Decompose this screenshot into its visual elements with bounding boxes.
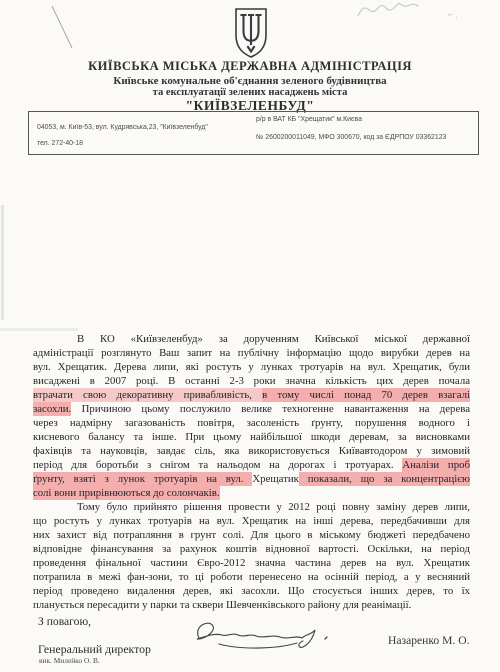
- ukraine-trident-icon: [233, 7, 269, 59]
- body-line: солі вони прирівнюються до солончаків.: [33, 486, 470, 500]
- plain-text: через надмірну загазованість повітря, за…: [33, 417, 470, 429]
- plain-text: відповідне фінансування за рахунок кошті…: [33, 543, 470, 555]
- plain-text: В КО «Київзеленбуд» за дорученням Київсь…: [77, 333, 470, 345]
- letterhead-box: 04053, м. Київ-53, вул. Кудрявська,23, "…: [28, 111, 479, 155]
- plain-text: кисневого балансу та інше. При цьому най…: [33, 431, 470, 443]
- plain-text: що ростуть у лунках тротуарів на вул. Хр…: [33, 515, 470, 527]
- body-line: ґрунту, взяті з лунок тротуарів на вул. …: [33, 472, 470, 486]
- plain-text: адміністрації розглянуто Ваш запит на пу…: [33, 347, 470, 359]
- scanned-letter-page: КИЇВСЬКА МІСЬКА ДЕРЖАВНА АДМІНІСТРАЦІЯ К…: [0, 0, 500, 672]
- body-line: проведення фінальної частини Євро-2012 з…: [33, 556, 470, 570]
- org-name-line3: та експлуатації зелених насаджень міста: [0, 87, 500, 98]
- scan-edge-streak: [1, 205, 4, 320]
- scan-crease-line: [48, 4, 78, 52]
- org-phone: тел. 272-40-18: [37, 140, 83, 147]
- plain-text: період для боротьби з снігом та нальодом…: [33, 459, 402, 471]
- plain-text: висаджені в 2007 році. В останні 2-3 рок…: [33, 375, 470, 387]
- plain-text: Причиною цьому послужило велике техноген…: [71, 403, 470, 415]
- bank-codes-line: № 2600200011049, МФО 300670, код за ЄДРП…: [256, 134, 446, 141]
- body-text: В КО «Київзеленбуд» за дорученням Київсь…: [33, 332, 470, 612]
- body-line: адміністрації розглянуто Ваш запит на пу…: [33, 346, 470, 360]
- signature-icon: [185, 616, 335, 658]
- body-line: відповідне фінансування за рахунок кошті…: [33, 542, 470, 556]
- org-address: 04053, м. Київ-53, вул. Кудрявська,23, "…: [37, 124, 208, 131]
- scan-smudge: [0, 328, 78, 331]
- plain-text: період проведено видалення дерев, які за…: [33, 585, 470, 597]
- org-name-line1: КИЇВСЬКА МІСЬКА ДЕРЖАВНА АДМІНІСТРАЦІЯ: [0, 59, 500, 74]
- body-line: що ростуть у лунках тротуарів на вул. Хр…: [33, 514, 470, 528]
- signer-title: Генеральний директор: [38, 642, 151, 657]
- highlighted-text: втрачати свою декоративну привабливість,: [33, 389, 262, 401]
- signer-name: Назаренко М. О.: [388, 634, 470, 647]
- body-line: вул. Хрещатик. Дерева липи, які ростуть …: [33, 360, 470, 374]
- highlighted-text: солі вони прирівнюються до солончаків.: [33, 487, 220, 499]
- bank-account-line: р/р в ВАТ КБ "Хрещатик" м.Києва: [256, 116, 362, 123]
- highlighted-text: показали, що за концентрацією: [299, 473, 470, 485]
- executor-note: вик. Милейко О. В.: [39, 656, 100, 665]
- org-name-line2: Київське комунальне об'єднання зеленого …: [0, 75, 500, 87]
- body-line: втрачати свою декоративну привабливість,…: [33, 388, 470, 402]
- body-line: них захист від потрапляння в грунт солі.…: [33, 528, 470, 542]
- plain-text: планується пересадити у парки та сквери …: [33, 599, 411, 611]
- body-line: Тому було прийнято рішення провести у 20…: [33, 500, 470, 514]
- body-line: кисневого балансу та інше. При цьому най…: [33, 430, 470, 444]
- plain-text: фахівців та науковців, завдає сіль, яка …: [33, 445, 470, 457]
- plain-text: потрапила в межі фан-зони, то ці роботи …: [33, 571, 470, 583]
- pencil-scribble-icon: [352, 0, 472, 26]
- plain-text: вул. Хрещатик. Дерева липи, які ростуть …: [33, 361, 470, 373]
- highlighted-text: Аналізи проб: [402, 459, 470, 471]
- body-line: потрапила в межі фан-зони, то ці роботи …: [33, 570, 470, 584]
- body-line: період проведено видалення дерев, які за…: [33, 584, 470, 598]
- body-line: висаджені в 2007 році. В останні 2-3 рок…: [33, 374, 470, 388]
- highlighted-text: в тому числі понад 70 дерев взагалі: [262, 389, 470, 401]
- closing-salutation: З повагою,: [38, 615, 91, 628]
- body-line: засохли. Причиною цьому послужило велике…: [33, 402, 470, 416]
- plain-text: Тому було прийнято рішення провести у 20…: [77, 501, 470, 513]
- plain-text: Хрещатик: [252, 473, 299, 485]
- body-line: період для боротьби з снігом та нальодом…: [33, 458, 470, 472]
- body-line: В КО «Київзеленбуд» за дорученням Київсь…: [33, 332, 470, 346]
- plain-text: проведення фінальної частини Євро-2012 з…: [33, 557, 470, 569]
- body-line: фахівців та науковців, завдає сіль, яка …: [33, 444, 470, 458]
- highlighted-text: ґрунту, взяті з лунок тротуарів на вул.: [33, 473, 252, 485]
- body-line: планується пересадити у парки та сквери …: [33, 598, 470, 612]
- highlighted-text: засохли.: [33, 403, 71, 415]
- plain-text: них захист від потрапляння в грунт солі.…: [33, 529, 470, 541]
- body-line: через надмірну загазованість повітря, за…: [33, 416, 470, 430]
